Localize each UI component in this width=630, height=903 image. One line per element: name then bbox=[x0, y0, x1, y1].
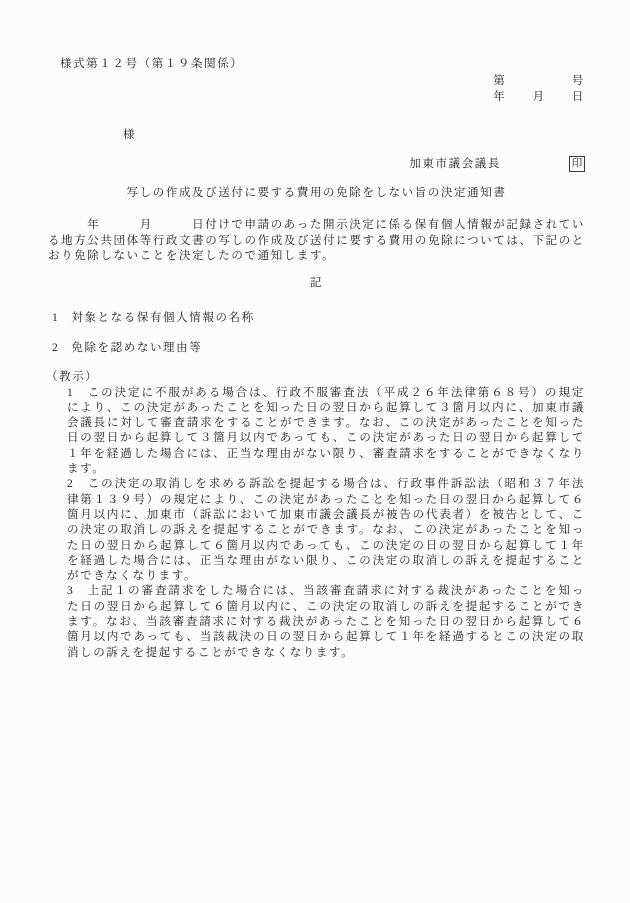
document-number-blank-line: 第 号 bbox=[48, 74, 585, 89]
listed-item-2: 2免除を認めない理由等 bbox=[52, 341, 585, 356]
note-item-1-text: この決定に不服がある場合は、行政不服審査法（平成２６年法律第６８号）の規定により… bbox=[67, 387, 585, 475]
seal-mark: 印 bbox=[572, 159, 583, 170]
sender-title: 加東市議会議長 bbox=[409, 157, 501, 172]
document-title: 写しの作成及び送付に要する費用の免除をしない旨の決定通知書 bbox=[48, 186, 585, 201]
note-item-2-number: 2 bbox=[67, 478, 74, 490]
note-item-2-text: この決定の取消しを求める訴訟を提起する場合は、行政事件訴訟法（昭和３７年法律第１… bbox=[67, 478, 585, 582]
addressee-honorific: 様 bbox=[123, 128, 585, 143]
note-item-3-number: 3 bbox=[67, 585, 74, 597]
sender-row: 加東市議会議長 印 bbox=[48, 156, 585, 172]
document-content: 様式第１２号（第１９条関係） 第 号 年 月 日 様 加東市議会議長 印 写しの… bbox=[0, 0, 630, 661]
note-item-1-number: 1 bbox=[67, 387, 74, 399]
note-item-3: 3上記１の審査請求をした場合には、当該審査請求に対する裁決があったことを知った日… bbox=[67, 584, 585, 660]
date-blank-line: 年 月 日 bbox=[48, 90, 585, 105]
note-item-1: 1この決定に不服がある場合は、行政不服審査法（平成２６年法律第６８号）の規定によ… bbox=[67, 386, 585, 478]
note-item-2: 2この決定の取消しを求める訴訟を提起する場合は、行政事件訴訟法（昭和３７年法律第… bbox=[67, 477, 585, 584]
body-paragraph: 年 月 日付けで申請のあった開示決定に係る保有個人情報が記録されている地方公共団… bbox=[48, 218, 585, 264]
listed-item-1-text: 対象となる保有個人情報の名称 bbox=[71, 312, 254, 324]
document-page: 様式第１２号（第１９条関係） 第 号 年 月 日 様 加東市議会議長 印 写しの… bbox=[0, 0, 630, 903]
listed-item-2-number: 2 bbox=[52, 342, 59, 354]
form-number-label: 様式第１２号（第１９条関係） bbox=[60, 57, 585, 72]
notes-heading: （教示） bbox=[46, 370, 585, 385]
listed-item-2-text: 免除を認めない理由等 bbox=[71, 342, 202, 354]
record-marker: 記 bbox=[48, 276, 585, 291]
note-item-3-text: 上記１の審査請求をした場合には、当該審査請求に対する裁決があったことを知った日の… bbox=[67, 585, 585, 658]
listed-item-1: 1対象となる保有個人情報の名称 bbox=[52, 311, 585, 326]
seal-placeholder-box: 印 bbox=[569, 156, 585, 172]
listed-item-1-number: 1 bbox=[52, 312, 59, 324]
